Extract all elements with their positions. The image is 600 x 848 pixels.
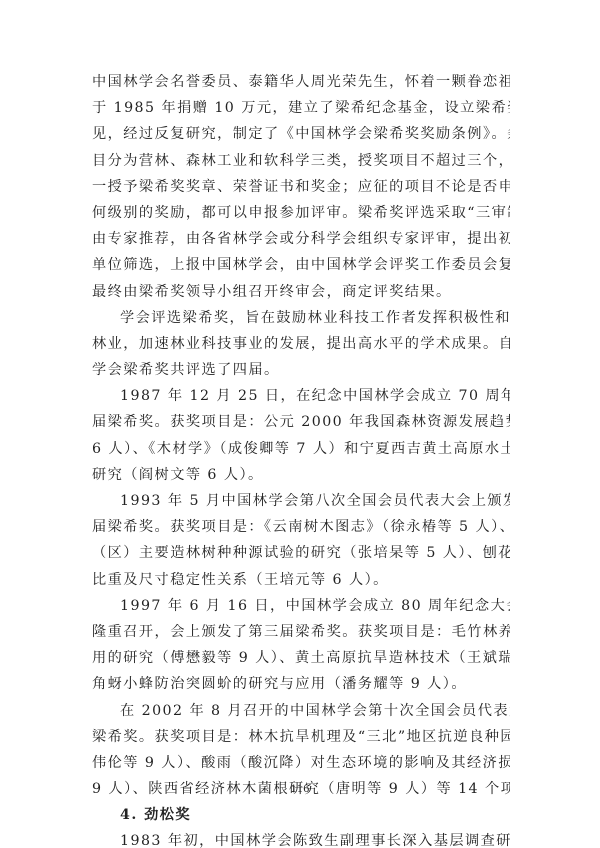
text-line: 用的研究（傅懋毅等 9 人）、黄土高原抗旱造林技术（王斌瑞等 9 人）、引进花	[92, 645, 510, 671]
text-line: 单位筛选，上报中国林学会，由中国林学会评奖工作委员会复审，提出复审意见；	[92, 252, 510, 278]
text-line: 学会梁希奖共评选了四届。	[92, 357, 510, 383]
text-line: 1987 年 12 月 25 日，在纪念中国林学会成立 70 周年的大会上隆重颁…	[92, 383, 510, 409]
paragraph-jinsong-intro: 1983 年初，中国林学会陈致生副理事长深入基层调查研究，提出了应向长	[92, 828, 510, 848]
text-line: 隆重召开，会上颁发了第三届梁希奖。获奖项目是：毛竹林养分循环规律及其应	[92, 619, 510, 645]
text-line: 伟伦等 9 人）、酸雨（酸沉降）对生态环境的影响及其经济损失研究（冯宗炜等	[92, 750, 510, 776]
paragraph-second-award: 1993 年 5 月中国林学会第八次全国会员代表大会上颁发了中国林学会第二 届梁…	[92, 488, 510, 593]
paragraph-first-award: 1987 年 12 月 25 日，在纪念中国林学会成立 70 周年的大会上隆重颁…	[92, 383, 510, 488]
section-heading-jinsong-award: 4. 劲松奖	[92, 802, 510, 828]
text-line: 一授予梁希奖奖章、荣誉证书和奖金；应征的项目不论是否申报或获得过其他任	[92, 174, 510, 200]
text-line: 届梁希奖。获奖项目是：《云南树木图志》（徐永椿等 5 人）、东北内蒙古四省	[92, 514, 510, 540]
text-line: 最终由梁希奖领导小组召开终审会，商定评奖结果。	[92, 279, 510, 305]
text-line: 1983 年初，中国林学会陈致生副理事长深入基层调查研究，提出了应向长	[92, 828, 510, 848]
text-line: 1997 年 6 月 16 日，中国林学会成立 80 周年纪念大会在北京中国科技…	[92, 593, 510, 619]
text-line: （区）主要造林树种种源试验的研究（张培杲等 5 人）、刨花流变性能与刨花板	[92, 540, 510, 566]
text-line: 比重及尺寸稳定性关系（王培元等 6 人）。	[92, 567, 510, 593]
document-body: 中国林学会名誉委员、泰籍华人周光荣先生，怀着一颗眷恋祖国建设的赤子之情， 于 1…	[92, 69, 510, 848]
text-line: 1993 年 5 月中国林学会第八次全国会员代表大会上颁发了中国林学会第二	[92, 488, 510, 514]
text-line: 林业，加速林业科技事业的发展，提出高水平的学术成果。自设立以来，中国林	[92, 331, 510, 357]
text-line: 学会评选梁希奖，旨在鼓励林业科技工作者发挥积极性和创造性，振兴我国	[92, 305, 510, 331]
text-line: 何级别的奖励，都可以申报参加评审。梁希奖评选采取“三审制”，申报项目先	[92, 200, 510, 226]
text-line: 于 1985 年捐赠 10 万元，建立了梁希纪念基金，设立梁希奖。学会听取多方面…	[92, 95, 510, 121]
text-line: 由专家推荐，由各省林学会或分科学会组织专家评审，提出初审意见；再经初审	[92, 226, 510, 252]
text-line: 见，经过反复研究，制定了《中国林学会梁希奖奖励条例》。条例规定，奖励项	[92, 121, 510, 147]
paragraph-liangxi-fund: 中国林学会名誉委员、泰籍华人周光荣先生，怀着一颗眷恋祖国建设的赤子之情， 于 1…	[92, 69, 510, 305]
text-line: 中国林学会名誉委员、泰籍华人周光荣先生，怀着一颗眷恋祖国建设的赤子之情，	[92, 69, 510, 95]
text-line: 研究（阎树文等 6 人）。	[92, 462, 510, 488]
text-line: 梁希奖。获奖项目是：林木抗旱机理及“三北”地区抗逆良种园建立的研究（尹	[92, 724, 510, 750]
paragraph-third-award: 1997 年 6 月 16 日，中国林学会成立 80 周年纪念大会在北京中国科技…	[92, 593, 510, 698]
page-number: 116	[0, 784, 600, 795]
text-line: 角蚜小蜂防治突圆蚧的研究与应用（潘务耀等 9 人）。	[92, 671, 510, 697]
paragraph-award-purpose: 学会评选梁希奖，旨在鼓励林业科技工作者发挥积极性和创造性，振兴我国 林业，加速林…	[92, 305, 510, 384]
text-line: 在 2002 年 8 月召开的中国林学会第十次全国会员代表大会上颁发了第四届	[92, 698, 510, 724]
text-line: 目分为营林、森林工业和软科学三类，授奖项目不超过三个，不分奖励等级，统	[92, 148, 510, 174]
text-line: 届梁希奖。获奖项目是：公元 2000 年我国森林资源发展趋势的研究（黄伯璇等	[92, 409, 510, 435]
text-line: 6 人）、《木材学》（成俊卿等 7 人）和宁夏西吉黄土高原水土流失综合治理的	[92, 436, 510, 462]
document-page: 中国林学会名誉委员、泰籍华人周光荣先生，怀着一颗眷恋祖国建设的赤子之情， 于 1…	[0, 0, 600, 848]
